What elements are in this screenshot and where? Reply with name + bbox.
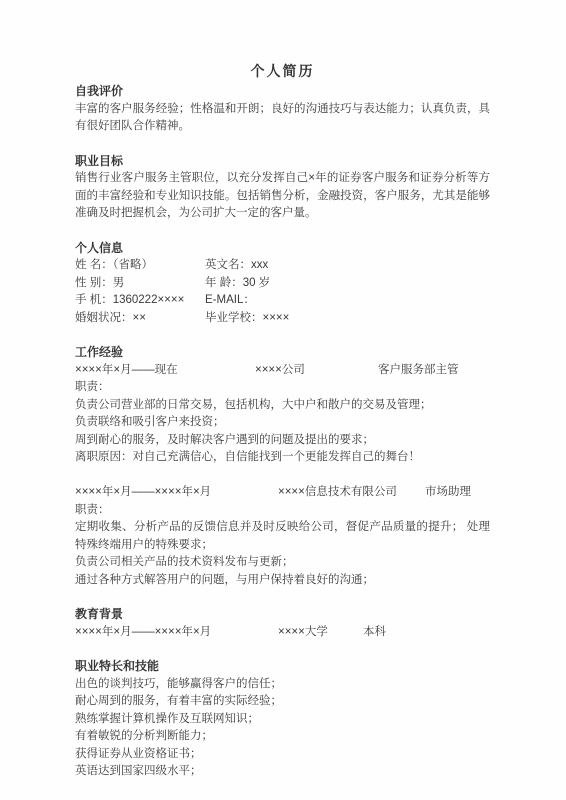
age-field: 年 龄：30 岁 — [205, 275, 490, 293]
marital-status-field: 婚姻状况：×× — [75, 310, 205, 328]
job-period: ××××年×月——现在 — [75, 362, 255, 380]
email-field: E-MAIL： — [205, 292, 490, 310]
job-entry: ××××年×月——现在 ××××公司 客户服务部主管 职责： 负责公司营业部的日… — [75, 362, 490, 467]
job-gap — [75, 467, 490, 485]
job-header-row: ××××年×月——××××年×月 ××××信息技术有限公司 市场助理 — [75, 484, 490, 502]
english-name-field: 英文名：xxx — [205, 257, 490, 275]
gender-field: 性 别：男 — [75, 275, 205, 293]
skill-item: 熟练掌握计算机操作及互联网知识； — [75, 711, 490, 729]
skills-heading: 职业特长和技能 — [75, 658, 490, 676]
personal-info-heading: 个人信息 — [75, 240, 490, 258]
job-period: ××××年×月——××××年×月 — [75, 484, 278, 502]
skill-item: 出色的谈判技巧，能够赢得客户的信任； — [75, 676, 490, 694]
personal-info-row: 手 机：1360222×××× E-MAIL： — [75, 292, 490, 310]
self-evaluation-body: 丰富的客户服务经验；性格温和开朗；良好的沟通技巧与表达能力；认真负责，具有很好团… — [75, 101, 490, 136]
section-career-objective: 职业目标 销售行业客户服务主管职位，以充分发挥自己×年的证券客户服务和证券分析等… — [75, 153, 490, 223]
job-company: ××××公司 — [255, 362, 378, 380]
job-company: ××××信息技术有限公司 — [278, 484, 425, 502]
job-role: 客户服务部主管 — [378, 362, 459, 380]
skill-item: 获得证券从业资格证书； — [75, 746, 490, 764]
job-role: 市场助理 — [425, 484, 471, 502]
job-duty-line: 周到耐心的服务，及时解决客户遇到的问题及提出的要求； — [75, 432, 490, 450]
graduate-school-field: 毕业学校：×××× — [205, 310, 490, 328]
job-duty-line: 职责： — [75, 502, 490, 520]
career-objective-body: 销售行业客户服务主管职位，以充分发挥自己×年的证券客户服务和证券分析等方面的丰富… — [75, 170, 490, 223]
section-education: 教育背景 ××××年×月——××××年×月 ××××大学 本科 — [75, 606, 490, 641]
self-evaluation-heading: 自我评价 — [75, 83, 490, 101]
name-field: 姓 名：（省略） — [75, 257, 205, 275]
personal-info-row: 姓 名：（省略） 英文名：xxx — [75, 257, 490, 275]
resume-page: 个人简历 自我评价 丰富的客户服务经验；性格温和开朗；良好的沟通技巧与表达能力；… — [0, 0, 566, 800]
job-duty-line: 职责： — [75, 379, 490, 397]
education-degree: 本科 — [363, 624, 386, 642]
skill-item: 有着敏锐的分析判断能力； — [75, 728, 490, 746]
career-objective-heading: 职业目标 — [75, 153, 490, 171]
job-duty-line: 离职原因：对自己充满信心，自信能找到一个更能发挥自己的舞台！ — [75, 449, 490, 467]
education-heading: 教育背景 — [75, 606, 490, 624]
job-duty-line: 定期收集、分析产品的反馈信息并及时反映给公司，督促产品质量的提升； 处理特殊终端… — [75, 519, 490, 554]
work-experience-heading: 工作经验 — [75, 344, 490, 362]
education-row: ××××年×月——××××年×月 ××××大学 本科 — [75, 624, 490, 642]
document-title: 个人简历 — [75, 62, 490, 80]
job-duty-line: 负责公司相关产品的技术资料发布与更新； — [75, 554, 490, 572]
education-school: ××××大学 — [278, 624, 363, 642]
personal-info-row: 婚姻状况：×× 毕业学校：×××× — [75, 310, 490, 328]
section-skills: 职业特长和技能 出色的谈判技巧，能够赢得客户的信任； 耐心周到的服务，有着丰富的… — [75, 658, 490, 781]
education-period: ××××年×月——××××年×月 — [75, 624, 278, 642]
job-header-row: ××××年×月——现在 ××××公司 客户服务部主管 — [75, 362, 490, 380]
section-work-experience: 工作经验 ××××年×月——现在 ××××公司 客户服务部主管 职责： 负责公司… — [75, 344, 490, 589]
skill-item: 耐心周到的服务，有着丰富的实际经验； — [75, 693, 490, 711]
job-duty-line: 通过各种方式解答用户的问题，与用户保持着良好的沟通； — [75, 572, 490, 590]
job-duty-line: 负责联络和吸引客户来投资； — [75, 414, 490, 432]
phone-field: 手 机：1360222×××× — [75, 292, 205, 310]
skill-item: 英语达到国家四级水平； — [75, 763, 490, 781]
personal-info-row: 性 别：男 年 龄：30 岁 — [75, 275, 490, 293]
job-duty-line: 负责公司营业部的日常交易，包括机构，大中户和散户的交易及管理； — [75, 397, 490, 415]
section-self-evaluation: 自我评价 丰富的客户服务经验；性格温和开朗；良好的沟通技巧与表达能力；认真负责，… — [75, 83, 490, 136]
section-personal-info: 个人信息 姓 名：（省略） 英文名：xxx 性 别：男 年 龄：30 岁 手 机… — [75, 240, 490, 328]
job-entry: ××××年×月——××××年×月 ××××信息技术有限公司 市场助理 职责： 定… — [75, 484, 490, 589]
